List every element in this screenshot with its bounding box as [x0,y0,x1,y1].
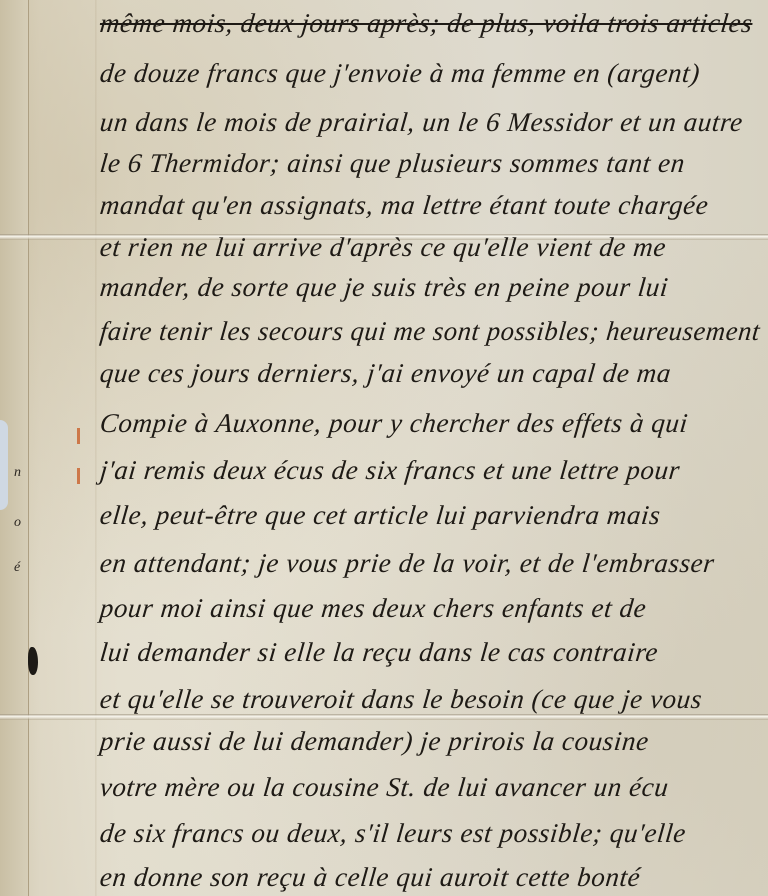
letter-line-12: elle, peut-être que cet article lui parv… [98,500,662,531]
letter-line-20: en donne son reçu à celle qui auroit cet… [98,862,642,893]
letter-line-19: de six francs ou deux, s'il leurs est po… [98,818,687,849]
margin-mark: n [14,465,21,481]
letter-line-9: que ces jours derniers, j'ai envoyé un c… [98,358,672,389]
ink-blot [28,647,38,675]
letter-line-18: votre mère ou la cousine St. de lui avan… [98,772,670,803]
margin-mark: o [14,515,21,531]
torn-edge [0,420,8,510]
letter-line-2: de douze francs que j'envoie à ma femme … [98,58,701,89]
letter-line-1: même mois, deux jours après; de plus, vo… [98,8,754,39]
letter-line-11: j'ai remis deux écus de six francs et un… [98,455,681,486]
letter-line-13: en attendant; je vous prie de la voir, e… [98,548,716,579]
letter-line-6: et rien ne lui arrive d'après ce qu'elle… [98,232,667,263]
red-ink-mark [77,468,80,484]
letter-line-5: mandat qu'en assignats, ma lettre étant … [98,190,710,221]
letter-line-8: faire tenir les secours qui me sont poss… [98,316,761,347]
letter-line-10: Compie à Auxonne, pour y chercher des ef… [98,408,689,439]
letter-line-14: pour moi ainsi que mes deux chers enfant… [98,593,648,624]
red-ink-mark [77,428,80,444]
letter-line-16: et qu'elle se trouveroit dans le besoin … [98,684,703,715]
letter-line-17: prie aussi de lui demander) je prirois l… [98,726,650,757]
vertical-fold-line [95,0,97,896]
letter-line-7: mander, de sorte que je suis très en pei… [98,272,670,303]
letter-line-3: un dans le mois de prairial, un le 6 Mes… [98,107,744,138]
margin-mark: é [14,560,20,576]
letter-line-4: le 6 Thermidor; ainsi que plusieurs somm… [98,148,686,179]
letter-line-15: lui demander si elle la reçu dans le cas… [98,637,659,668]
